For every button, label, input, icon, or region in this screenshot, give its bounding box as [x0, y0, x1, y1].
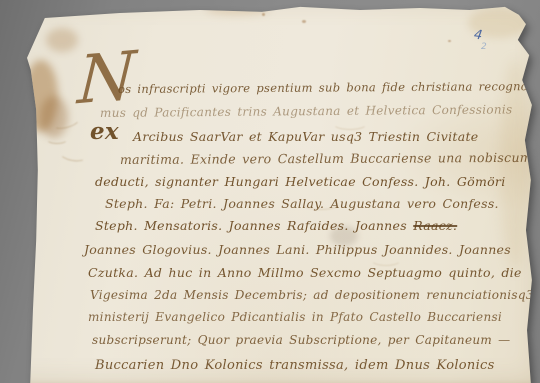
foxing-spot [262, 13, 265, 16]
archival-subnumber: 2 [481, 42, 487, 52]
paper-stain [206, 4, 270, 15]
ink-bleedthrough-mark [59, 148, 87, 163]
line-text: Arcibus SaarVar et KapuVar usq3 Triestin… [133, 129, 478, 144]
line-text: os infrascripti vigore psentium sub bona… [118, 79, 540, 96]
manuscript-line: Steph. Fa: Petri. Joannes Sallay. August… [105, 196, 499, 211]
manuscript-line: Joannes Glogovius. Joannes Lani. Philipp… [84, 242, 511, 257]
manuscript-line: ministerij Evangelico Pdicantialis in Pf… [88, 310, 502, 324]
paper-shadow: 4 2 N os infrascripti vigore psentium su… [0, 0, 540, 383]
struck-name: Raacz. [413, 218, 457, 233]
ink-bleedthrough-mark [46, 134, 68, 144]
line-text: Joannes Glogovius. Joannes Lani. Philipp… [84, 242, 511, 257]
line-text: mus qd Pacificantes trins Augustana et H… [100, 102, 513, 120]
manuscript-line: os infrascripti vigore psentium sub bona… [118, 79, 540, 96]
line-text: Czutka. Ad huc in Anno Millmo Sexcmo Sep… [88, 265, 522, 280]
foxing-spot [302, 20, 306, 23]
line-text: Buccarien Dno Kolonics transmissa, idem … [95, 358, 495, 373]
manuscript-line: Arcibus SaarVar et KapuVar usq3 Triestin… [133, 129, 478, 144]
paper-stain [46, 28, 78, 52]
line-text: ministerij Evangelico Pdicantialis in Pf… [88, 310, 502, 324]
line-text: Steph. Fa: Petri. Joannes Sallay. August… [105, 196, 499, 211]
manuscript-line: Vigesima 2da Mensis Decembris; ad deposi… [90, 288, 534, 302]
manuscript-line: mus qd Pacificantes trins Augustana et H… [100, 102, 513, 120]
manuscript-line: subscripserunt; Quor praevia Subscriptio… [92, 333, 510, 347]
line-text: maritima. Exinde vero Castellum Buccarie… [120, 150, 532, 167]
line-text: deducti, signanter Hungari Helveticae Co… [95, 174, 506, 189]
manuscript-line: Czutka. Ad huc in Anno Millmo Sexcmo Sep… [88, 265, 522, 280]
manuscript-line-lead: ex [90, 118, 119, 145]
manuscript-line: Steph. Mensatoris. Joannes Rafaides. Joa… [95, 218, 457, 233]
manuscript-line: Buccarien Dno Kolonics transmissa, idem … [95, 358, 495, 373]
foxing-spot [448, 40, 451, 42]
manuscript-photo: 4 2 N os infrascripti vigore psentium su… [0, 0, 540, 383]
manuscript-line: maritima. Exinde vero Castellum Buccarie… [120, 150, 532, 167]
line-text: Steph. Mensatoris. Joannes Rafaides. Joa… [95, 218, 413, 233]
manuscript-page: 4 2 N os infrascripti vigore psentium su… [0, 0, 540, 383]
line-text: Vigesima 2da Mensis Decembris; ad deposi… [90, 288, 534, 302]
ink-bleedthrough-mark [332, 116, 368, 130]
line-text: subscripserunt; Quor praevia Subscriptio… [92, 333, 510, 347]
manuscript-line: deducti, signanter Hungari Helveticae Co… [95, 174, 506, 189]
